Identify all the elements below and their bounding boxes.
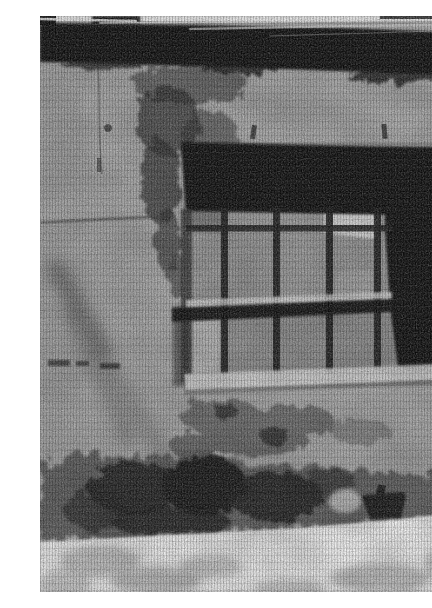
halftone-texture-overlay — [40, 16, 432, 592]
halftone-photograph — [40, 16, 432, 592]
film-grain-light — [40, 16, 432, 592]
photo-canvas — [40, 16, 432, 592]
